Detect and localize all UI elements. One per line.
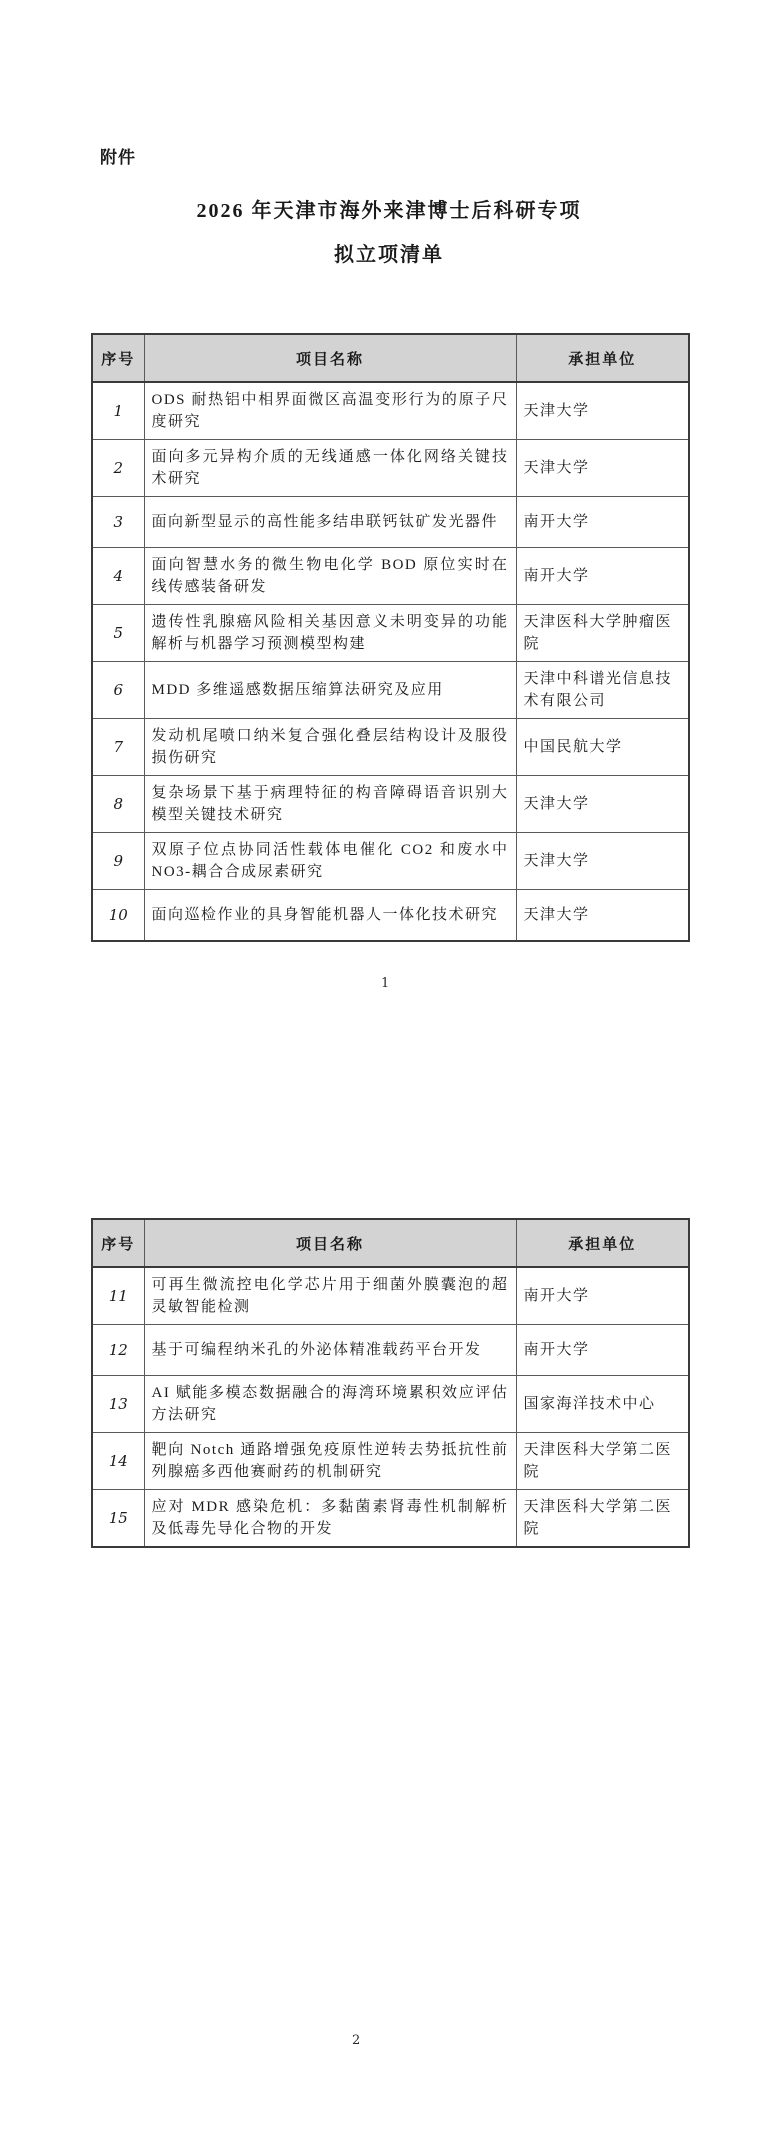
table-row: 6MDD 多维遥感数据压缩算法研究及应用天津中科谱光信息技术有限公司	[92, 662, 689, 719]
document-title-line1: 2026 年天津市海外来津博士后科研专项	[91, 194, 687, 223]
row-project-name: 发动机尾喷口纳米复合强化叠层结构设计及服役损伤研究	[144, 719, 516, 776]
header-unit: 承担单位	[516, 1219, 689, 1267]
row-project-name: 面向智慧水务的微生物电化学 BOD 原位实时在线传感装备研发	[144, 548, 516, 605]
row-project-name: 应对 MDR 感染危机：多黏菌素肾毒性机制解析及低毒先导化合物的开发	[144, 1490, 516, 1548]
row-unit-name: 天津医科大学第二医院	[516, 1490, 689, 1548]
header-unit: 承担单位	[516, 334, 689, 382]
row-unit-name: 南开大学	[516, 1325, 689, 1376]
table-row: 8复杂场景下基于病理特征的构音障碍语音识别大模型关键技术研究天津大学	[92, 776, 689, 833]
row-seq-number: 3	[92, 497, 144, 548]
row-unit-name: 天津大学	[516, 382, 689, 440]
table-row: 1ODS 耐热铝中相界面微区高温变形行为的原子尺度研究天津大学	[92, 382, 689, 440]
table-row: 3面向新型显示的高性能多结串联钙钛矿发光器件南开大学	[92, 497, 689, 548]
document-page: 附件 2026 年天津市海外来津博士后科研专项 拟立项清单 序号 项目名称 承担…	[0, 0, 760, 2150]
row-project-name: AI 赋能多模态数据融合的海湾环境累积效应评估方法研究	[144, 1376, 516, 1433]
row-seq-number: 14	[92, 1433, 144, 1490]
header-project-name: 项目名称	[144, 1219, 516, 1267]
table-row: 5遗传性乳腺癌风险相关基因意义未明变异的功能解析与机器学习预测模型构建天津医科大…	[92, 605, 689, 662]
row-project-name: 双原子位点协同活性载体电催化 CO2 和废水中 NO3-耦合合成尿素研究	[144, 833, 516, 890]
table-row: 7发动机尾喷口纳米复合强化叠层结构设计及服役损伤研究中国民航大学	[92, 719, 689, 776]
table-row: 9双原子位点协同活性载体电催化 CO2 和废水中 NO3-耦合合成尿素研究天津大…	[92, 833, 689, 890]
row-project-name: 靶向 Notch 通路增强免疫原性逆转去势抵抗性前列腺癌多西他赛耐药的机制研究	[144, 1433, 516, 1490]
row-unit-name: 南开大学	[516, 497, 689, 548]
table-row: 12基于可编程纳米孔的外泌体精准载药平台开发南开大学	[92, 1325, 689, 1376]
row-seq-number: 12	[92, 1325, 144, 1376]
row-unit-name: 天津医科大学第二医院	[516, 1433, 689, 1490]
page-number-1: 1	[381, 976, 389, 991]
header-seq: 序号	[92, 334, 144, 382]
project-table-page2: 序号 项目名称 承担单位 11可再生微流控电化学芯片用于细菌外膜囊泡的超灵敏智能…	[91, 1218, 690, 1548]
row-unit-name: 南开大学	[516, 548, 689, 605]
table-header-row: 序号 项目名称 承担单位	[92, 1219, 689, 1267]
header-project-name: 项目名称	[144, 334, 516, 382]
table-row: 13AI 赋能多模态数据融合的海湾环境累积效应评估方法研究国家海洋技术中心	[92, 1376, 689, 1433]
row-project-name: 可再生微流控电化学芯片用于细菌外膜囊泡的超灵敏智能检测	[144, 1267, 516, 1325]
row-seq-number: 11	[92, 1267, 144, 1325]
row-seq-number: 15	[92, 1490, 144, 1548]
row-unit-name: 国家海洋技术中心	[516, 1376, 689, 1433]
row-project-name: ODS 耐热铝中相界面微区高温变形行为的原子尺度研究	[144, 382, 516, 440]
table-row: 10面向巡检作业的具身智能机器人一体化技术研究天津大学	[92, 890, 689, 942]
table-row: 4面向智慧水务的微生物电化学 BOD 原位实时在线传感装备研发南开大学	[92, 548, 689, 605]
row-unit-name: 南开大学	[516, 1267, 689, 1325]
row-seq-number: 4	[92, 548, 144, 605]
row-project-name: MDD 多维遥感数据压缩算法研究及应用	[144, 662, 516, 719]
row-seq-number: 13	[92, 1376, 144, 1433]
row-unit-name: 天津中科谱光信息技术有限公司	[516, 662, 689, 719]
row-project-name: 基于可编程纳米孔的外泌体精准载药平台开发	[144, 1325, 516, 1376]
page-number-2: 2	[352, 2033, 360, 2048]
attachment-label: 附件	[100, 143, 136, 168]
row-seq-number: 10	[92, 890, 144, 942]
row-project-name: 面向多元异构介质的无线通感一体化网络关键技术研究	[144, 440, 516, 497]
row-unit-name: 天津大学	[516, 440, 689, 497]
row-unit-name: 天津大学	[516, 776, 689, 833]
table-row: 2面向多元异构介质的无线通感一体化网络关键技术研究天津大学	[92, 440, 689, 497]
row-project-name: 遗传性乳腺癌风险相关基因意义未明变异的功能解析与机器学习预测模型构建	[144, 605, 516, 662]
row-seq-number: 6	[92, 662, 144, 719]
row-unit-name: 天津大学	[516, 890, 689, 942]
row-seq-number: 8	[92, 776, 144, 833]
row-seq-number: 1	[92, 382, 144, 440]
row-project-name: 复杂场景下基于病理特征的构音障碍语音识别大模型关键技术研究	[144, 776, 516, 833]
row-unit-name: 中国民航大学	[516, 719, 689, 776]
table-header-row: 序号 项目名称 承担单位	[92, 334, 689, 382]
table-row: 14靶向 Notch 通路增强免疫原性逆转去势抵抗性前列腺癌多西他赛耐药的机制研…	[92, 1433, 689, 1490]
project-table-page1: 序号 项目名称 承担单位 1ODS 耐热铝中相界面微区高温变形行为的原子尺度研究…	[91, 333, 690, 942]
row-seq-number: 5	[92, 605, 144, 662]
header-seq: 序号	[92, 1219, 144, 1267]
row-unit-name: 天津大学	[516, 833, 689, 890]
row-project-name: 面向新型显示的高性能多结串联钙钛矿发光器件	[144, 497, 516, 548]
row-project-name: 面向巡检作业的具身智能机器人一体化技术研究	[144, 890, 516, 942]
row-seq-number: 9	[92, 833, 144, 890]
document-title-line2: 拟立项清单	[91, 238, 687, 267]
row-seq-number: 7	[92, 719, 144, 776]
row-unit-name: 天津医科大学肿瘤医院	[516, 605, 689, 662]
row-seq-number: 2	[92, 440, 144, 497]
table-row: 11可再生微流控电化学芯片用于细菌外膜囊泡的超灵敏智能检测南开大学	[92, 1267, 689, 1325]
table-row: 15应对 MDR 感染危机：多黏菌素肾毒性机制解析及低毒先导化合物的开发天津医科…	[92, 1490, 689, 1548]
